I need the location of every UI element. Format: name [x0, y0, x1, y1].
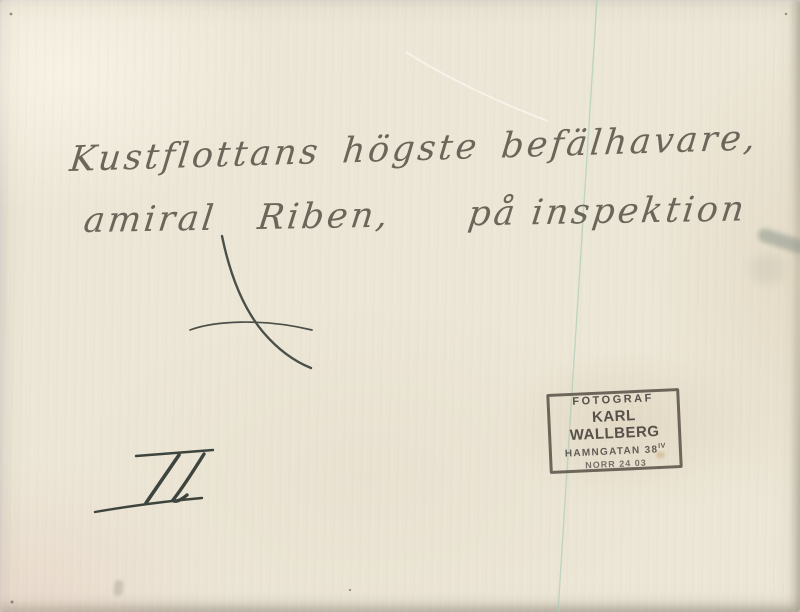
- stamp-address: HAMNGATAN 38IV: [565, 443, 667, 460]
- photographer-stamp: FOTOGRAF KARL WALLBERG HAMNGATAN 38IV NO…: [546, 388, 682, 474]
- stamp-profession: FOTOGRAF: [572, 392, 654, 408]
- handwriting-word-amiral: amiral: [82, 199, 219, 241]
- handwriting-line-2: amiral Riben, på inspektion: [82, 189, 750, 241]
- handwriting-word-riben: Riben,: [256, 196, 393, 238]
- crease-line: [558, 0, 597, 612]
- x-mark: [190, 236, 312, 368]
- faint-crease-line: [406, 52, 548, 121]
- grey-dab-bottom: [113, 579, 124, 596]
- pencil-marks-layer: [0, 0, 800, 612]
- handwriting-word-inspektion: på inspektion: [466, 189, 749, 234]
- paper-texture-streaks: [0, 0, 800, 612]
- paper-specks: [10, 13, 788, 604]
- stamp-floor: IV: [658, 443, 666, 450]
- roman-numeral-two-mark: [95, 450, 213, 512]
- grey-paint-smudge: [756, 227, 800, 256]
- stamp-phone: NORR 24 03: [585, 458, 647, 471]
- stamp-photographer-name: KARL WALLBERG: [550, 405, 678, 445]
- grey-smudge-halo: [750, 254, 784, 284]
- photo-verso-paper: Kustflottans högste befälhavare, amiral …: [0, 0, 800, 612]
- paper-stains: [0, 0, 800, 612]
- handwriting-line-1: Kustflottans högste befälhavare,: [68, 118, 760, 180]
